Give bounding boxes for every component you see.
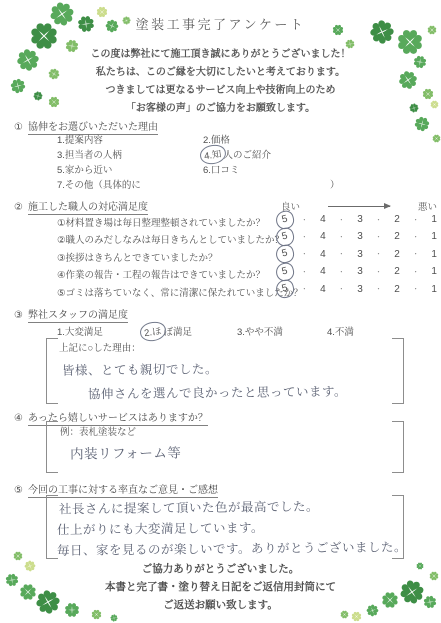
rating-value: 4 <box>320 249 326 260</box>
rating-question: ⑤ゴミは落ちていなく、常に清潔に保たれていましたか？ <box>57 285 303 299</box>
survey-page: 塗装工事完了アンケート この度は弊社にて施工頂き誠にありがとうございました！ 私… <box>0 0 441 623</box>
intro-line: この度は弊社にて施工頂き誠にありがとうございました！ <box>0 46 441 64</box>
rating-scale-row: 5・4・3・2・1 <box>281 231 437 242</box>
footer-line: ご返送お願い致します。 <box>0 597 441 612</box>
handwritten-answer: 協伸さんを選んで良かったと思っています。 <box>88 382 347 403</box>
rating-value: 4 <box>320 214 326 225</box>
rating-value: 2 <box>394 231 400 242</box>
rating-value: 1 <box>431 249 437 260</box>
rating-value: 1 <box>431 231 437 242</box>
rating-value: 3 <box>357 284 363 295</box>
scale-header: 良い 悪い <box>281 199 437 213</box>
rating-value: 1 <box>431 266 437 277</box>
rating-scale-row: 5・4・3・2・1 <box>281 284 437 295</box>
rating-value: 3 <box>357 266 363 277</box>
s1-option-3: 3.担当者の人柄 <box>57 147 122 161</box>
scale-dot: ・ <box>412 267 419 277</box>
section1-number: ① <box>14 122 23 133</box>
scale-dot: ・ <box>412 215 419 225</box>
rating-question: ④作業の報告・工程の報告はできていましたか？ <box>57 267 265 281</box>
rating-scale-row: 5・4・3・2・1 <box>281 214 437 225</box>
rating-scale-row: 5・4・3・2・1 <box>281 266 437 277</box>
rating-value: 2 <box>394 249 400 260</box>
scale-dot: ・ <box>412 232 419 242</box>
right-arrow-icon <box>328 206 390 207</box>
s1-option-7: 7.その他（具体的に <box>57 177 141 191</box>
scale-dot: ・ <box>412 284 419 294</box>
rating-question: ②職人のみだしなみは毎日きちんとしていましたか？ <box>57 232 284 246</box>
s3-option-3: 3.やや不満 <box>237 324 283 338</box>
s4-comment-box: 例：表札塗装など 内装リフォーム等 <box>46 421 404 473</box>
handwritten-answer: 皆様、とても親切でした。 <box>62 359 218 379</box>
handwritten-answer: 仕上がりにも大変満足しています。 <box>57 518 264 538</box>
example-label: 例：表札塗装など <box>60 424 136 438</box>
rating-value: 4 <box>320 266 326 277</box>
handwritten-answer: 毎日、家を見るのが楽しいです。ありがとうございました。 <box>57 537 407 559</box>
handwritten-answer: 社長さんに提案して頂いた色が最高でした。 <box>59 497 319 518</box>
rating-value: 3 <box>357 249 363 260</box>
s3-comment-box: 上記に○した理由： 皆様、とても親切でした。 協伸さんを選んで良かったと思ってい… <box>46 338 404 404</box>
section5-number: ⑤ <box>14 485 23 496</box>
footer-line: 本書と完了書・塗り替え日記をご返信用封筒にて <box>0 579 441 594</box>
four-leaf-clover-icon <box>13 551 23 561</box>
s1-option-6: 6.口コミ <box>203 162 239 176</box>
intro-text: この度は弊社にて施工頂き誠にありがとうございました！ 私たちは、このご縁を大切に… <box>0 46 441 118</box>
scale-dot: ・ <box>301 284 308 294</box>
scale-dot: ・ <box>375 232 382 242</box>
rating-question: ①材料置き場は毎日整理整頓されていましたか？ <box>57 215 265 229</box>
scale-dot: ・ <box>375 215 382 225</box>
scale-dot: ・ <box>301 267 308 277</box>
rating-value: 2 <box>394 284 400 295</box>
rating-value: 2 <box>394 214 400 225</box>
four-leaf-clover-icon <box>351 611 362 622</box>
scale-dot: ・ <box>338 232 345 242</box>
scale-dot: ・ <box>412 249 419 259</box>
scale-dot: ・ <box>375 249 382 259</box>
intro-line: 私たちは、このご縁を大切にしたいと考えております。 <box>0 64 441 82</box>
s1-option-1: 1.提案内容 <box>57 132 103 146</box>
rating-value: 1 <box>431 284 437 295</box>
rating-value: 3 <box>357 231 363 242</box>
intro-line: 「お客様の声」のご協力をお願致します。 <box>0 100 441 118</box>
section1-heading: ①協伸をお選びいただいた理由 <box>14 118 158 133</box>
rating-scale-row: 5・4・3・2・1 <box>281 249 437 260</box>
s3-option-1: 1.大変満足 <box>57 324 103 338</box>
scale-dot: ・ <box>375 284 382 294</box>
scale-bad-label: 悪い <box>418 199 437 213</box>
rating-value: 4 <box>320 231 326 242</box>
handwritten-answer: 内装リフォーム等 <box>70 441 182 462</box>
section3-number: ③ <box>14 310 23 321</box>
scale-dot: ・ <box>301 249 308 259</box>
reason-label: 上記に○した理由： <box>59 340 141 354</box>
four-leaf-clover-icon <box>109 613 120 623</box>
footer-line: ご協力ありがとうございました。 <box>0 561 441 576</box>
scale-dot: ・ <box>338 215 345 225</box>
s3-option-4: 4.不満 <box>327 324 354 338</box>
rating-value: 2 <box>394 266 400 277</box>
scale-dot: ・ <box>301 232 308 242</box>
scale-dot: ・ <box>338 284 345 294</box>
s3-option-2: 2.ほぼ満足 <box>143 324 192 339</box>
scale-dot: ・ <box>338 267 345 277</box>
section3-heading: ③弊社スタッフの満足度 <box>14 306 128 321</box>
s5-comment-box: 社長さんに提案して頂いた色が最高でした。 仕上がりにも大変満足しています。 毎日… <box>46 495 404 559</box>
four-leaf-clover-icon <box>432 134 441 143</box>
scale-dot: ・ <box>375 267 382 277</box>
s1-option-4: 4.知人のご紹介 <box>203 147 271 162</box>
section5-heading: ⑤今回の工事に対する率直なご意見・ご感想 <box>14 481 218 496</box>
scale-dot: ・ <box>338 249 345 259</box>
section4-number: ④ <box>14 413 23 424</box>
intro-line: つきましては更なるサービス向上や技術向上のため <box>0 82 441 100</box>
rating-question: ③挨拶はきちんとできていましたか？ <box>57 250 218 264</box>
s1-option-5: 5.家から近い <box>57 162 112 176</box>
s1-option-7-close: ） <box>330 177 340 191</box>
section2-heading: ②施工した職人の対応満足度 <box>14 198 148 213</box>
page-title: 塗装工事完了アンケート <box>0 14 441 33</box>
scale-dot: ・ <box>301 215 308 225</box>
rating-value: 1 <box>431 214 437 225</box>
rating-value: 3 <box>357 214 363 225</box>
rating-value: 4 <box>320 284 326 295</box>
section2-number: ② <box>14 202 23 213</box>
